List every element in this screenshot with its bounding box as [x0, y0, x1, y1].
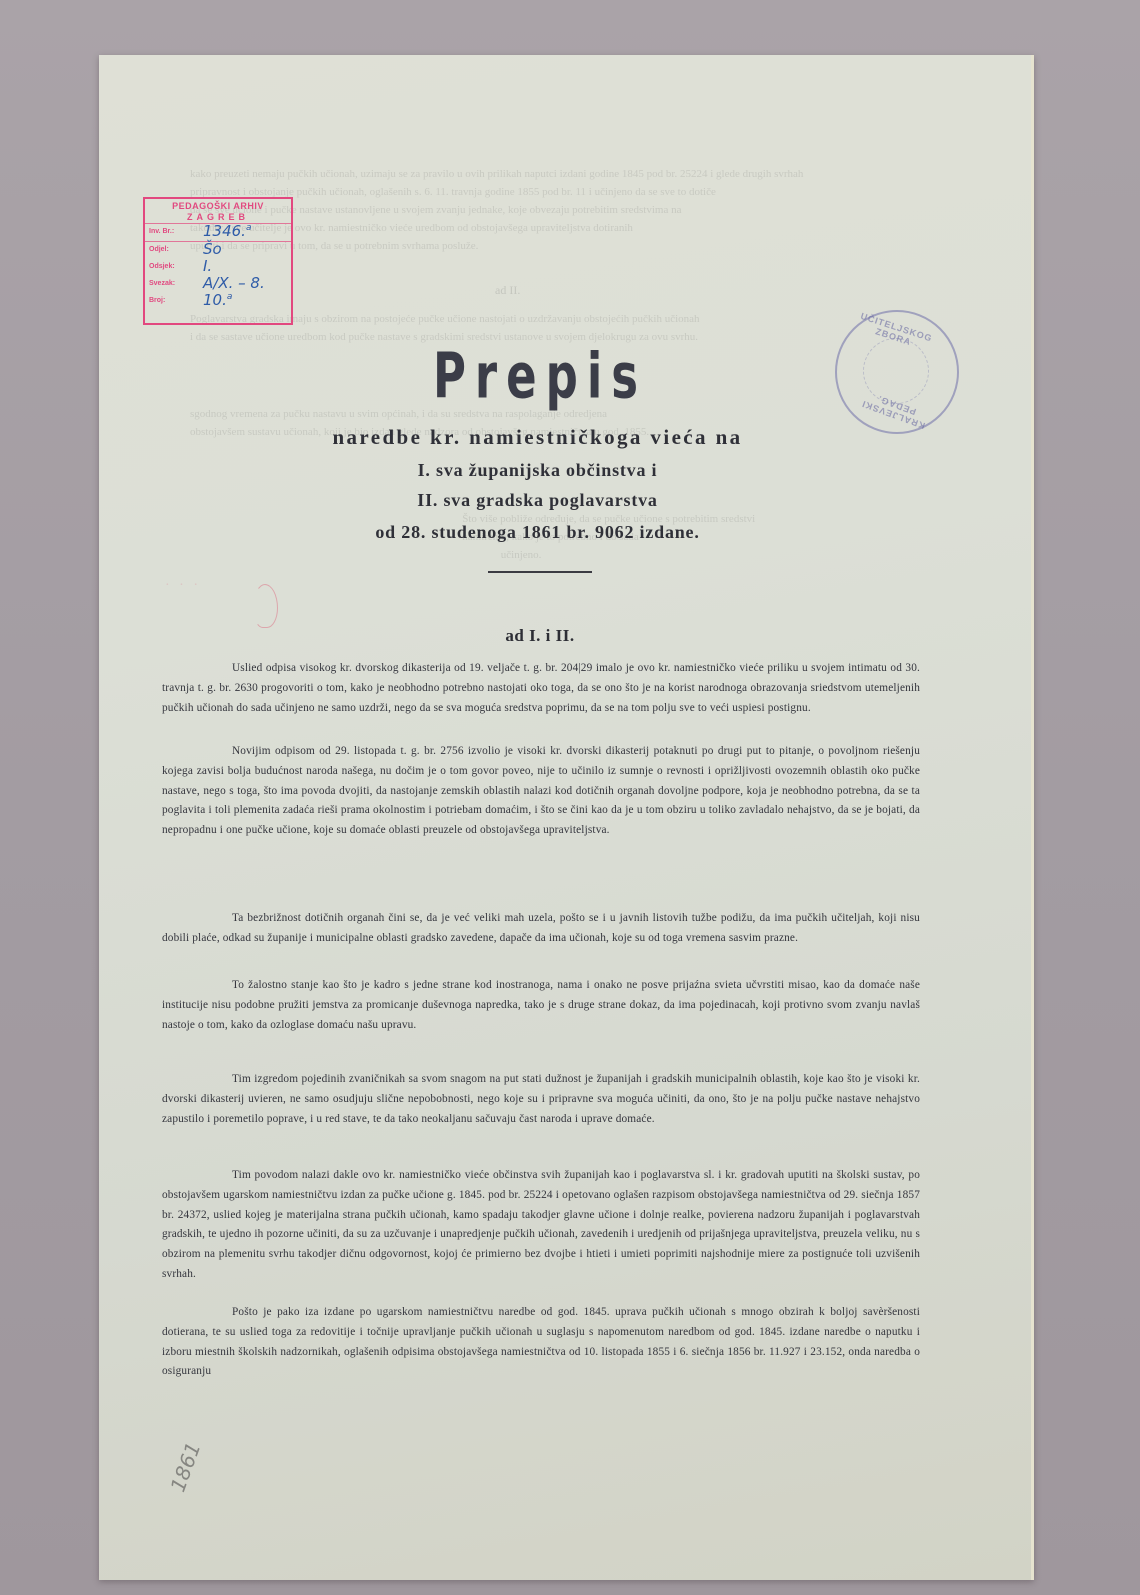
- subtitle-line: II. sva gradska poglavarstva: [0, 490, 1075, 511]
- section-heading: ad I. i II.: [0, 626, 1080, 646]
- body-paragraph: To žalostno stanje kao što je kadro s je…: [162, 976, 920, 1035]
- subtitle-line: naredbe kr. namiestničkoga vieća na: [0, 425, 1075, 450]
- stamp-field-value: Šo: [203, 240, 222, 258]
- bleed-through-text: kako preuzeti nemaju pučkih učionah, uzi…: [190, 165, 920, 255]
- stamp-field-value: 1346.a: [203, 222, 251, 240]
- subtitle-line: I. sva županijska občinstva i: [0, 460, 1075, 481]
- body-paragraph: Uslied odpisa visokog kr. dvorskog dikas…: [162, 659, 920, 718]
- stamp-field-odjel: Odjel: Šo: [145, 241, 291, 259]
- stamp-field-broj: Broj: 10.a: [145, 293, 291, 310]
- subtitle-line: od 28. studenoga 1861 br. 9062 izdane.: [0, 522, 1075, 543]
- archive-institution: PEDAGOŠKI ARHIV: [145, 201, 291, 212]
- stamp-field-inv: Inv. Br.: 1346.a: [145, 223, 291, 241]
- stamp-field-value: I.: [203, 257, 212, 275]
- red-pencil-mark: [254, 584, 278, 628]
- faint-red-annotation: · · ·: [165, 578, 201, 594]
- archive-stamp-header: PEDAGOŠKI ARHIV ZAGREB: [145, 199, 291, 223]
- stamp-field-label: Broj:: [149, 297, 165, 304]
- body-paragraph: Novijim odpisom od 29. listopada t. g. b…: [162, 742, 920, 841]
- document-title: Prepis: [0, 340, 1080, 413]
- body-paragraph: Tim povodom nalazi dakle ovo kr. namiest…: [162, 1166, 920, 1285]
- stamp-field-value: 10.a: [203, 291, 232, 309]
- stamp-field-label: Odsjek:: [149, 263, 175, 270]
- stamp-field-label: Inv. Br.:: [149, 228, 174, 235]
- stamp-field-label: Svezak:: [149, 280, 175, 287]
- bleed-through-heading: ad II.: [495, 283, 520, 298]
- body-paragraph: Ta bezbrižnost dotičnih organah čini se,…: [162, 909, 920, 949]
- body-paragraph: Tim izgredom pojedinih zvaničnikah sa sv…: [162, 1070, 920, 1129]
- body-paragraph: Pošto je pako iza izdane po ugarskom nam…: [162, 1303, 920, 1382]
- title-divider: [488, 571, 592, 573]
- archive-stamp: PEDAGOŠKI ARHIV ZAGREB Inv. Br.: 1346.a …: [143, 197, 293, 325]
- stamp-field-value: A/X. – 8.: [203, 274, 265, 292]
- stamp-field-label: Odjel:: [149, 246, 169, 253]
